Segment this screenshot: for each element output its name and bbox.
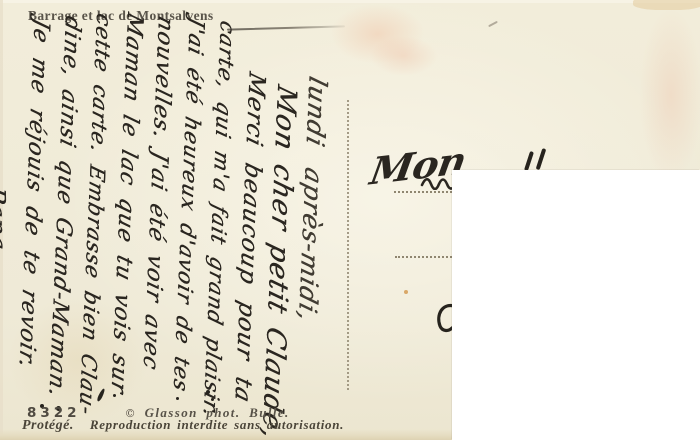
address-dotted-line [395,256,452,258]
paper-stain [640,10,700,180]
handwriting-stroke-cut [536,148,546,170]
paper-top-edge [0,0,700,3]
paper-stain [370,36,438,76]
rights-label: Protégé. [22,418,74,434]
pen-tick-mark [488,21,498,27]
paper-stain [330,4,425,64]
ink-splatter-dot [113,394,116,397]
address-dotted-line [394,191,452,193]
postcard-back: Barrage et lac de Montsalvens lundi aprè… [0,0,700,440]
ink-splatter-dot [176,397,179,400]
rights-row: Protégé. Reproduction interdite sans aut… [22,417,344,434]
paper-stain-dot [404,290,408,294]
white-cover-sheet [452,170,700,440]
handwriting-stroke-cut [524,151,534,171]
handwritten-message: lundi après-midi, Mon cher petit Claude,… [0,5,336,405]
ink-splatter-dot [206,390,210,394]
ink-splatter-dot [211,398,214,401]
rights-text: Reproduction interdite sans autorisation… [90,417,344,433]
postcard-divider-dotted-line [347,100,349,390]
